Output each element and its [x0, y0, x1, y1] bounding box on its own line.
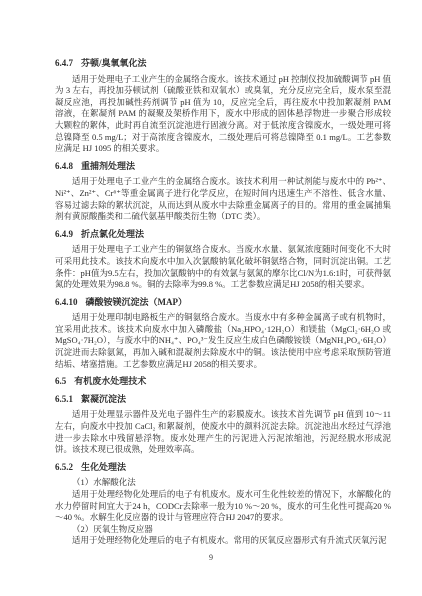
- section-heading-6-4-8: 6.4.8重捕剂处理法: [55, 161, 391, 173]
- section-number: 6.5.2: [55, 462, 81, 474]
- section-title: 絮凝沉淀法: [81, 394, 126, 404]
- page-number: 9: [0, 552, 422, 564]
- section-number: 6.4.8: [55, 161, 81, 173]
- section-title: 有机废水处理技术: [74, 376, 146, 386]
- section-heading-6-5-2: 6.5.2生化处理法: [55, 462, 391, 474]
- section-heading-6-4-7: 6.4.7芬顿/臭氧氧化法: [55, 58, 391, 70]
- paragraph: 适用于处理电子工业产生的金属络合废水。该技术利用一种试剂能与废水中的 Pb²⁺、…: [55, 176, 391, 222]
- paragraph: 适用于处理显示器件及光电子器件生产的彩膜废水。该技术首先调节 pH 值到 10～…: [55, 409, 391, 455]
- section-number: 6.4.7: [55, 58, 81, 70]
- paragraph: 适用于处理电子工业产生的铜氨络合废水。当废水水量、氨氮浓度随时间变化不大时可采用…: [55, 244, 391, 290]
- section-number: 6.4.10: [55, 297, 86, 309]
- section-number: 6.5.1: [55, 394, 81, 406]
- section-heading-6-5-1: 6.5.1絮凝沉淀法: [55, 394, 391, 406]
- list-item-label: （1）水解酸化法: [55, 477, 391, 489]
- section-heading-6-4-10: 6.4.10磷酸铵镁沉淀法（MAP）: [55, 297, 391, 309]
- paragraph: 适用于处理经物化处理后的电子有机废水。常用的厌氧反应器形式有升流式厌氧污泥: [55, 535, 391, 547]
- paragraph: 适用于处理印制电路板生产的铜氨络合废水。当废水中有多种金属离子或有机物时，宜采用…: [55, 312, 391, 370]
- document-page: 6.4.7芬顿/臭氧氧化法 适用于处理电子工业产生的金属络合废水。该技术通过 p…: [0, 0, 422, 596]
- section-title: 重捕剂处理法: [81, 161, 135, 171]
- paragraph: 适用于处理电子工业产生的金属络合废水。该技术通过 pH 控制仪投加硫酸调节 pH…: [55, 74, 391, 155]
- section-number: 6.5: [55, 376, 74, 388]
- section-number: 6.4.9: [55, 229, 81, 241]
- section-title: 芬顿/臭氧氧化法: [81, 58, 147, 68]
- section-title: 折点氯化处理法: [81, 229, 144, 239]
- section-heading-6-4-9: 6.4.9折点氯化处理法: [55, 229, 391, 241]
- paragraph: 适用于处理经物化处理后的电子有机废水。废水可生化性较差的情况下，水解酸化的水力停…: [55, 489, 391, 524]
- section-title: 生化处理法: [81, 462, 126, 472]
- section-heading-6-5: 6.5有机废水处理技术: [55, 376, 391, 388]
- section-title: 磷酸铵镁沉淀法（MAP）: [86, 297, 188, 307]
- list-item-label: （2）厌氧生物反应器: [55, 524, 391, 536]
